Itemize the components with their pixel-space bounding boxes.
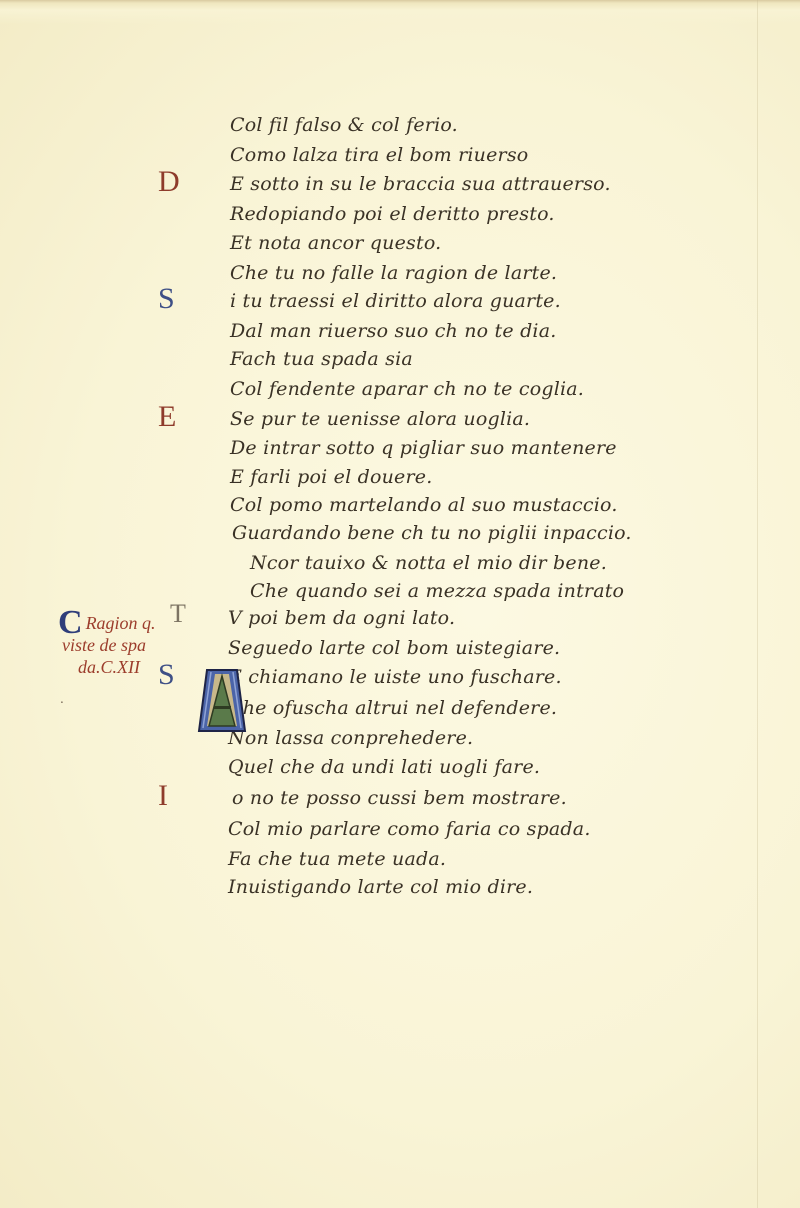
verse-line: Che ofuscha altrui nel defendere. — [228, 697, 557, 719]
verse-line: Seguedo larte col bom uistegiare. — [228, 637, 560, 659]
verse-line: Che quando sei a mezza spada intrato — [250, 580, 624, 602]
margin-initial-d: D — [158, 165, 180, 199]
verse-line: Inuistigando larte col mio dire. — [228, 876, 533, 898]
margin-initial-i: I — [158, 779, 168, 813]
verse-line: Non lassa conprehedere. — [228, 727, 473, 749]
verse-line: V poi bem da ogni lato. — [228, 607, 455, 629]
verse-line: o no te posso cussi bem mostrare. — [232, 787, 567, 809]
illuminated-initial-a-icon — [197, 668, 247, 733]
rubric-line-1: Ragion q. — [86, 613, 156, 633]
page-edge-line — [757, 0, 758, 1208]
verse-line: Se pur te uenisse alora uoglia. — [230, 408, 530, 430]
verse-line: Guardando bene ch tu no piglii inpaccio. — [232, 522, 632, 544]
verse-line: De intrar sotto q pigliar suo mantenere — [230, 437, 617, 459]
verse-line: Fach tua spada sia — [230, 348, 413, 370]
verse-line: Col mio parlare como faria co spada. — [228, 818, 591, 840]
rubric-heading: CRagion q. viste de spa da.C.XII — [58, 612, 156, 678]
verse-line: E sotto in su le braccia sua attrauerso. — [230, 173, 611, 195]
verse-line: Como lalza tira el bom riuerso — [230, 144, 528, 166]
margin-initial-t: T — [170, 599, 186, 629]
margin-initial-e: E — [158, 400, 176, 434]
verse-line: Dal man riuerso suo ch no te dia. — [230, 320, 556, 342]
rubric-line-2: viste de spa — [62, 634, 156, 656]
verse-line: Col pomo martelando al suo mustaccio. — [230, 494, 618, 516]
rubric-line-3: da.C.XII — [78, 656, 156, 678]
verse-line: E farli poi el douere. — [230, 466, 432, 488]
verse-line: Et nota ancor questo. — [230, 232, 441, 254]
margin-initial-s: S — [158, 282, 175, 316]
margin-initial-s: S — [158, 658, 175, 692]
verse-line: E chiamano le uiste uno fuschare. — [228, 666, 562, 688]
verse-line: Col fendente aparar ch no te coglia. — [230, 378, 584, 400]
verse-line: Che tu no falle la ragion de larte. — [230, 262, 557, 284]
verse-line: Quel che da undi lati uogli fare. — [228, 756, 540, 778]
margin-dot: . — [60, 692, 64, 706]
verse-line: Col fil falso & col ferio. — [230, 114, 458, 136]
verse-line: Redopiando poi el deritto presto. — [230, 203, 555, 225]
verse-line: Ncor tauixo & notta el mio dir bene. — [250, 552, 607, 574]
verse-line: Fa che tua mete uada. — [228, 848, 446, 870]
verse-line: i tu traessi el diritto alora guarte. — [230, 290, 561, 312]
